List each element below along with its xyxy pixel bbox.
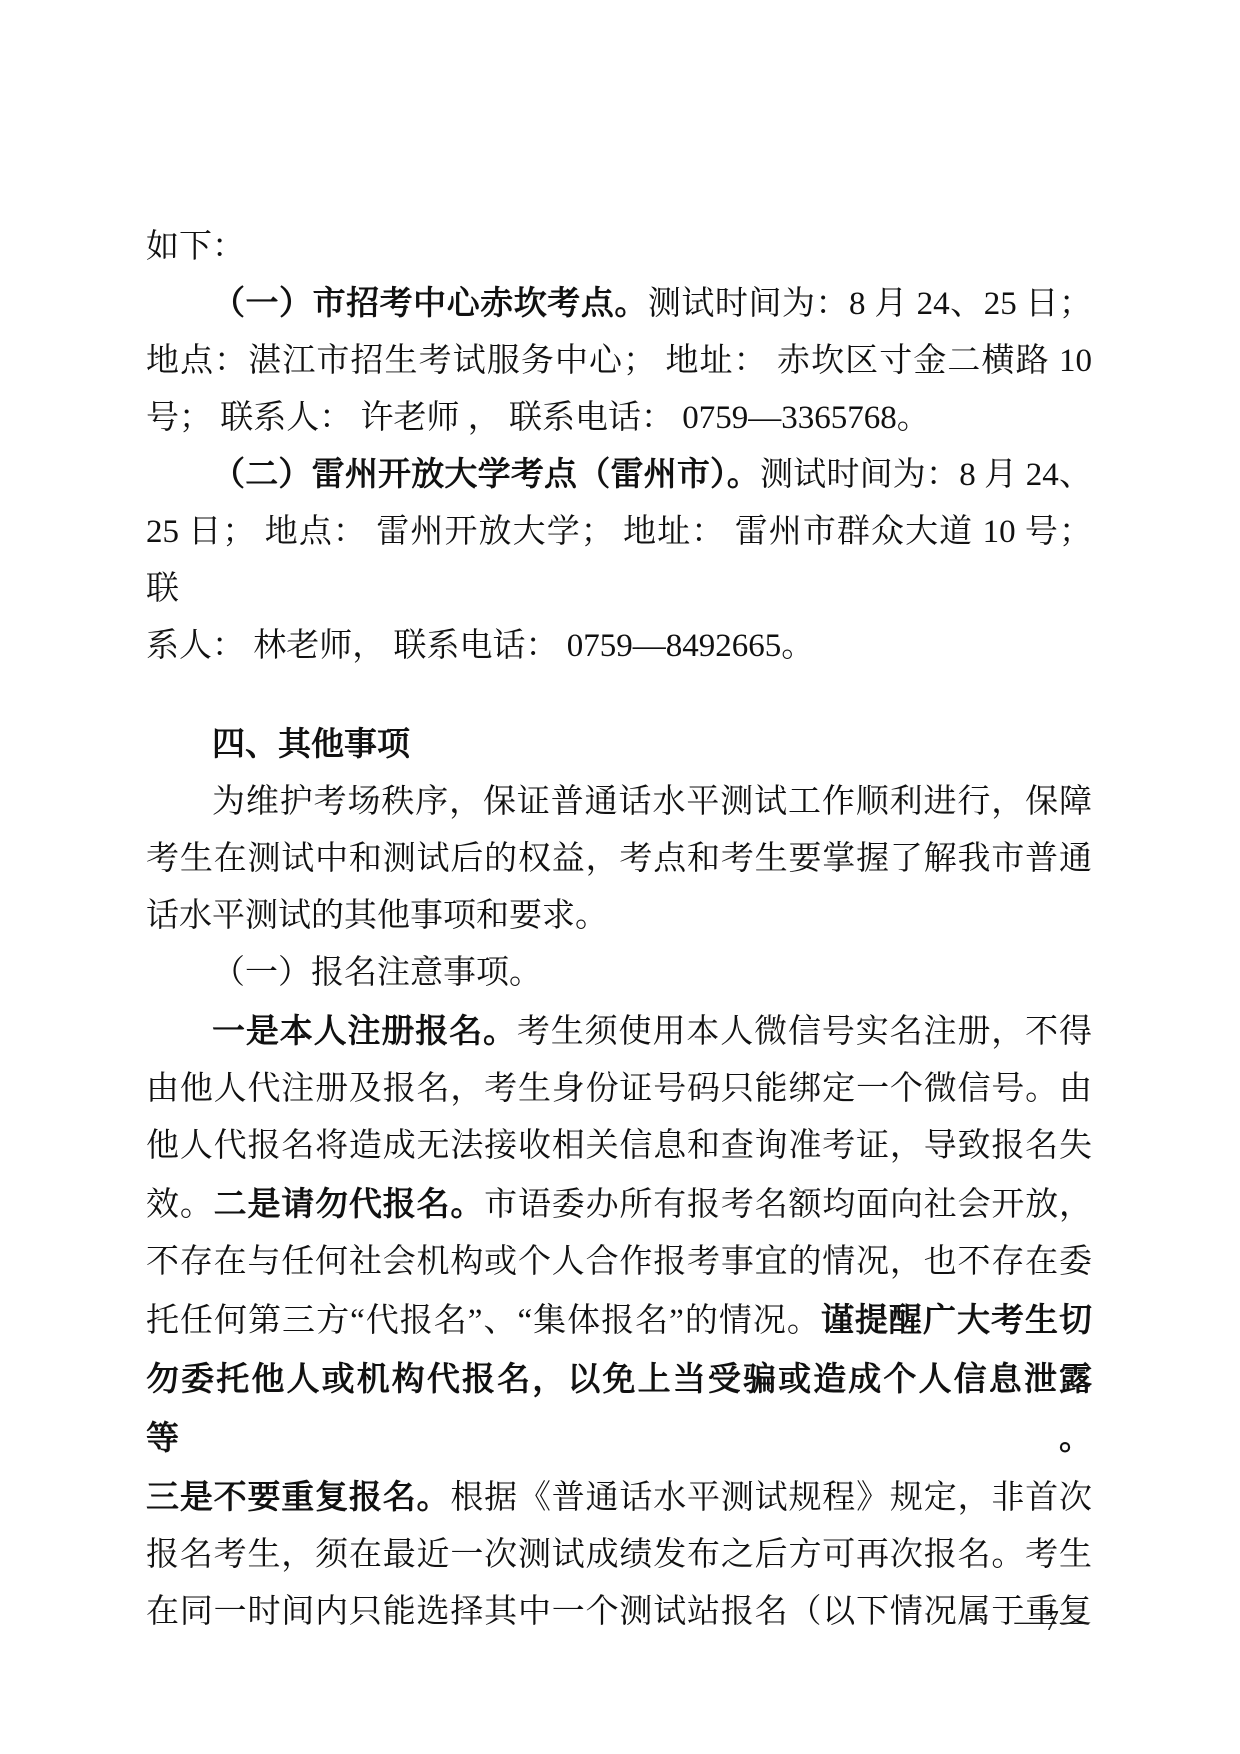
- notice-line6: 托任何第三方“代报名”、“集体报名”的情况。谨提醒广大考生切: [146, 1291, 1092, 1350]
- document-page: 如下：（一）市招考中心赤坎考点。测试时间为：8 月 24、25 日；地点：湛江市…: [0, 0, 1240, 1754]
- text-segment: 他人代报名将造成无法接收相关信息和查询准考证，导致报名失: [146, 1128, 1092, 1164]
- notice-line1: 一是本人注册报名。考生须使用本人微信号实名注册，不得: [146, 1002, 1092, 1061]
- text-segment: 25 日； 地点： 雷州开放大学； 地址： 雷州市群众大道 10 号； 联: [146, 514, 1100, 607]
- subsection-heading: （一）报名注意事项。: [146, 945, 1092, 1002]
- text-segment: 考生须使用本人微信号实名注册，不得: [517, 1014, 1092, 1050]
- text-segment: 测试时间为：8 月 24、: [760, 457, 1092, 493]
- venue1-line3: 号； 联系人： 许老师 ， 联系电话： 0759—3365768。: [146, 390, 1092, 447]
- text-segment: （一）报名注意事项。: [212, 955, 542, 991]
- emphasis-segment: 勿委托他人或机构代报名，以免上当受骗或造成个人信息泄露等。: [146, 1360, 1092, 1456]
- text-segment: 号； 联系人： 许老师 ， 联系电话： 0759—3365768。: [146, 400, 930, 436]
- emphasis-segment: （一）市招考中心赤坎考点。: [212, 286, 648, 322]
- notice-line4: 效。二是请勿代报名。市语委办所有报考名额均面向社会开放，: [146, 1175, 1092, 1234]
- text-segment: 考生在测试中和测试后的权益，考点和考生要掌握了解我市普通: [146, 841, 1092, 877]
- venue2-line1: （二）雷州开放大学考点（雷州市）。测试时间为：8 月 24、: [146, 447, 1092, 504]
- venue2-line2: 25 日； 地点： 雷州开放大学； 地址： 雷州市群众大道 10 号； 联: [146, 504, 1092, 618]
- intro-line3: 话水平测试的其他事项和要求。: [146, 888, 1092, 945]
- emphasis-segment: 四、其他事项: [212, 725, 410, 762]
- section-heading: 四、其他事项: [146, 715, 1092, 774]
- text-segment: 为维护考场秩序，保证普通话水平测试工作顺利进行，保障: [212, 784, 1092, 820]
- emphasis-segment: 谨提醒广大考生切: [821, 1301, 1092, 1338]
- intro-line1: 为维护考场秩序，保证普通话水平测试工作顺利进行，保障: [146, 774, 1092, 831]
- intro-line2: 考生在测试中和测试后的权益，考点和考生要掌握了解我市普通: [146, 831, 1092, 888]
- notice-line10: 在同一时间内只能选择其中一个测试站报名（以下情况属于重复: [146, 1584, 1092, 1641]
- text-segment: 地点：湛江市招生考试服务中心； 地址： 赤坎区寸金二横路 10: [146, 343, 1092, 379]
- emphasis-segment: 二是请勿代报名。: [214, 1185, 485, 1222]
- text-segment: 报名考生，须在最近一次测试成绩发布之后方可再次报名。考生: [146, 1537, 1092, 1573]
- venue1-line1: （一）市招考中心赤坎考点。测试时间为：8 月 24、25 日；: [146, 276, 1092, 333]
- text-segment: 在同一时间内只能选择其中一个测试站报名（以下情况属于重复: [146, 1594, 1092, 1630]
- text-segment: 托任何第三方“代报名”、“集体报名”的情况。: [146, 1303, 821, 1339]
- text-segment: 如下：: [146, 229, 245, 265]
- emphasis-segment: 一是本人注册报名。: [212, 1012, 517, 1049]
- continuation-line: 如下：: [146, 219, 1092, 276]
- text-segment: 系人： 林老师， 联系电话： 0759—8492665。: [146, 628, 814, 664]
- venue1-line2: 地点：湛江市招生考试服务中心； 地址： 赤坎区寸金二横路 10: [146, 333, 1092, 390]
- text-segment: 由他人代注册及报名，考生身份证号码只能绑定一个微信号。由: [146, 1071, 1092, 1107]
- notice-line5: 不存在与任何社会机构或个人合作报考事宜的情况，也不存在委: [146, 1234, 1092, 1291]
- notice-line8: 三是不要重复报名。根据《普通话水平测试规程》规定，非首次: [146, 1468, 1092, 1527]
- page-number: —7—: [1015, 1605, 1091, 1637]
- emphasis-segment: 三是不要重复报名。: [146, 1478, 450, 1515]
- text-segment: 根据《普通话水平测试规程》规定，非首次: [450, 1480, 1092, 1516]
- text-segment: 测试时间为：8 月 24、25 日；: [648, 286, 1092, 322]
- notice-line2: 由他人代注册及报名，考生身份证号码只能绑定一个微信号。由: [146, 1061, 1092, 1118]
- text-segment: 市语委办所有报考名额均面向社会开放，: [484, 1187, 1092, 1223]
- notice-line7: 勿委托他人或机构代报名，以免上当受骗或造成个人信息泄露等。: [146, 1350, 1092, 1468]
- document-body: 如下：（一）市招考中心赤坎考点。测试时间为：8 月 24、25 日；地点：湛江市…: [0, 0, 1240, 1641]
- venue2-line3: 系人： 林老师， 联系电话： 0759—8492665。: [146, 618, 1092, 675]
- notice-line3: 他人代报名将造成无法接收相关信息和查询准考证，导致报名失: [146, 1118, 1092, 1175]
- text-segment: 不存在与任何社会机构或个人合作报考事宜的情况，也不存在委: [146, 1244, 1092, 1280]
- text-segment: 效。: [146, 1187, 214, 1223]
- text-segment: 话水平测试的其他事项和要求。: [146, 898, 608, 934]
- notice-line9: 报名考生，须在最近一次测试成绩发布之后方可再次报名。考生: [146, 1527, 1092, 1584]
- emphasis-segment: （二）雷州开放大学考点（雷州市）。: [212, 457, 760, 493]
- page-footer: —7—: [1015, 1605, 1091, 1638]
